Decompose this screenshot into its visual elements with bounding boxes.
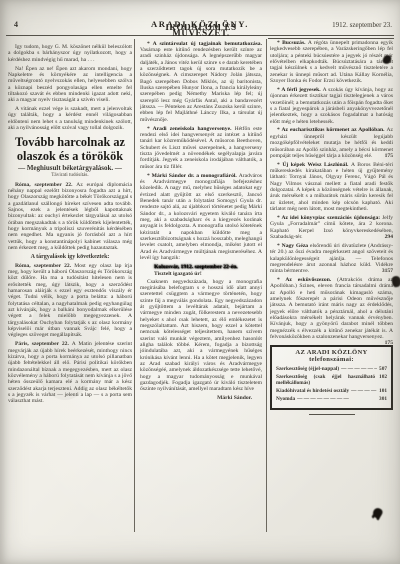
telephone-numbers-box: AZ ARADI KÖZLÖNY telefonszámai: Szerkesz… (270, 345, 393, 409)
middle-column: IRODALOM ÉS MŰVÉSZET. * A szintársulat ú… (140, 24, 262, 532)
paragraph: Páris, szeptember 22. A Matin jelentése … (8, 341, 132, 404)
issue-date: 1912. szeptember 23. (332, 21, 392, 29)
paragraph: * A szintársulat új tagjainak bemutatkoz… (140, 41, 262, 123)
column-divider (134, 39, 135, 532)
phone-row: Szerkesztőség (csak éjjel használható me… (276, 374, 387, 387)
article-subhead: — Meghiusult béketárgyalások. — (8, 165, 132, 171)
item-lead: * Az eucharisztikus körmenet az Apollóba… (277, 127, 386, 133)
item-lead: * Bucsuzás. (277, 40, 308, 46)
article-lead: Róma, szeptember 22. Az európai diplomác… (8, 182, 132, 252)
phone-number: 102 (379, 374, 387, 380)
news-items: * Bucsuzás. A régóta ünnepelt primadonna… (270, 40, 393, 340)
item-lead: * A férfi jegyesek. (277, 87, 323, 93)
paragraph: Róma, szeptember 22. Az európai diplomác… (8, 182, 132, 252)
dateline: Róma, szeptember 22. (15, 182, 76, 188)
article-headline: Tovább harcolnak az olaszok és a törökök (8, 136, 132, 162)
section-title: IRODALOM ÉS MŰVÉSZET. (140, 24, 262, 37)
newspaper-page: 4 ARADI KÖZLÖNY. 1912. szeptember 23. Íg… (0, 0, 400, 564)
paragraph: * Márki Sándor dr. a monografiáról. Arad… (140, 173, 262, 262)
ink-blot (391, 275, 400, 288)
phone-rows: Szerkesztőség (éjjel-nappal)— — — — — — … (276, 366, 387, 402)
ad-number: 3157 (375, 268, 393, 274)
phone-number: 101 (379, 388, 387, 394)
item-lead: * Új képek Weisz Lászlónál. (277, 162, 351, 168)
item-lead: * Márki Sándor dr. a monografiáról. (147, 173, 239, 179)
box-tail-rule (309, 414, 355, 415)
phone-label: Szerkesztőség (éjjel-nappal) (276, 366, 339, 372)
paragraph: * Bucsuzás. A régóta ünnepelt primadonna… (270, 40, 393, 84)
paragraph: * Az esküvőszezon. (Attrakciós dráma az … (270, 277, 393, 340)
phone-row: Kiadóhivatal és hirdetési osztály— — — —… (276, 388, 387, 394)
letter-signature: Márki Sándor. (140, 395, 262, 401)
article-body: Róma, szeptember 22. Most egy olasz lap … (8, 263, 132, 405)
item-lead: * A szintársulat új tagjainak bemutatkoz… (147, 41, 262, 47)
item-lead: * Nagy Géza (277, 243, 310, 249)
paragraph: * Az eucharisztikus körmenet az Apollóba… (270, 127, 393, 159)
paragraph: * Nagy Géza elsőrendű úri divatüzlete (A… (270, 243, 393, 275)
phone-row: Nyomda— — — — — — — —301 (276, 396, 387, 402)
phone-label: Szerkesztőség (csak éjjel használható me… (276, 374, 375, 387)
phone-box-title: AZ ARADI KÖZLÖNY telefonszámai: (276, 350, 387, 363)
letter-body: Csaknem negyedszázada, hogy a monografia… (140, 279, 262, 393)
phone-row: Szerkesztőség (éjjel-nappal)— — — — — — … (276, 366, 387, 372)
phone-label: Nyomda (276, 396, 295, 402)
phone-number: 507 (379, 366, 387, 372)
phone-label: Kiadóhivatal és hirdetési osztály (276, 388, 349, 394)
letter-salutation: Tisztelt igazgató úr! (140, 271, 262, 277)
leader-dashes: — — — — — — — — (297, 396, 377, 402)
paragraph: * Új képek Weisz Lászlónál. A Boros Béni… (270, 162, 393, 213)
left-column: Így tudom, hogy G. M. köszönet nélkül be… (8, 44, 132, 534)
paragraph: * Az idei könyvpiac szenzációs újdonsága… (270, 215, 393, 240)
paragraph: * A férfi jegyesek. A szokás úgy kívánja… (270, 87, 393, 125)
dateline: Páris, szeptember 22. (15, 341, 72, 347)
phone-number: 301 (379, 396, 387, 402)
item-lead: * Az idei könyvpiac szenzációs újdonsága… (277, 215, 382, 221)
ad-number: 294 (378, 234, 393, 240)
paragraph: * Aradi zeneiskola hangversenye. Hétfőn … (140, 126, 262, 170)
article-crosshead: A tárgyalások igy következtek: (8, 254, 132, 260)
dateline: Róma, szeptember 22. (15, 263, 74, 269)
leader-dashes: — — — — — — — — (341, 366, 377, 372)
ad-number: 175 (378, 153, 393, 159)
item-lead: * Az esküvőszezon. (277, 277, 337, 283)
header-rule-double (268, 38, 394, 39)
leader-dashes: — — — — — — — — (351, 388, 377, 394)
item-lead: * Aradi zeneiskola hangversenye. (147, 126, 235, 132)
continuation-paragraphs: Így tudom, hogy G. M. köszönet nélkül be… (8, 44, 132, 131)
letter-dateline: Kolozsvár, 1912. szeptember 22-én. (140, 264, 262, 270)
paragraph: Róma, szeptember 22. Most egy olasz lap … (8, 263, 132, 339)
column-divider (266, 39, 267, 532)
paragraph: Na! Épen az ne! Épen azt akarom mondani,… (8, 66, 132, 104)
right-column: * Bucsuzás. A régóta ünnepelt primadonna… (270, 40, 393, 534)
paragraph: A vitának ezzel vége is szakadt, mert a … (8, 106, 132, 131)
ad-number: 175 (378, 340, 393, 346)
article-byline: Távirati tudósítás. (8, 172, 132, 178)
paragraph: Így tudom, hogy G. M. köszönet nélkül be… (8, 44, 132, 63)
news-items: * A szintársulat új tagjainak bemutatkoz… (140, 41, 262, 262)
